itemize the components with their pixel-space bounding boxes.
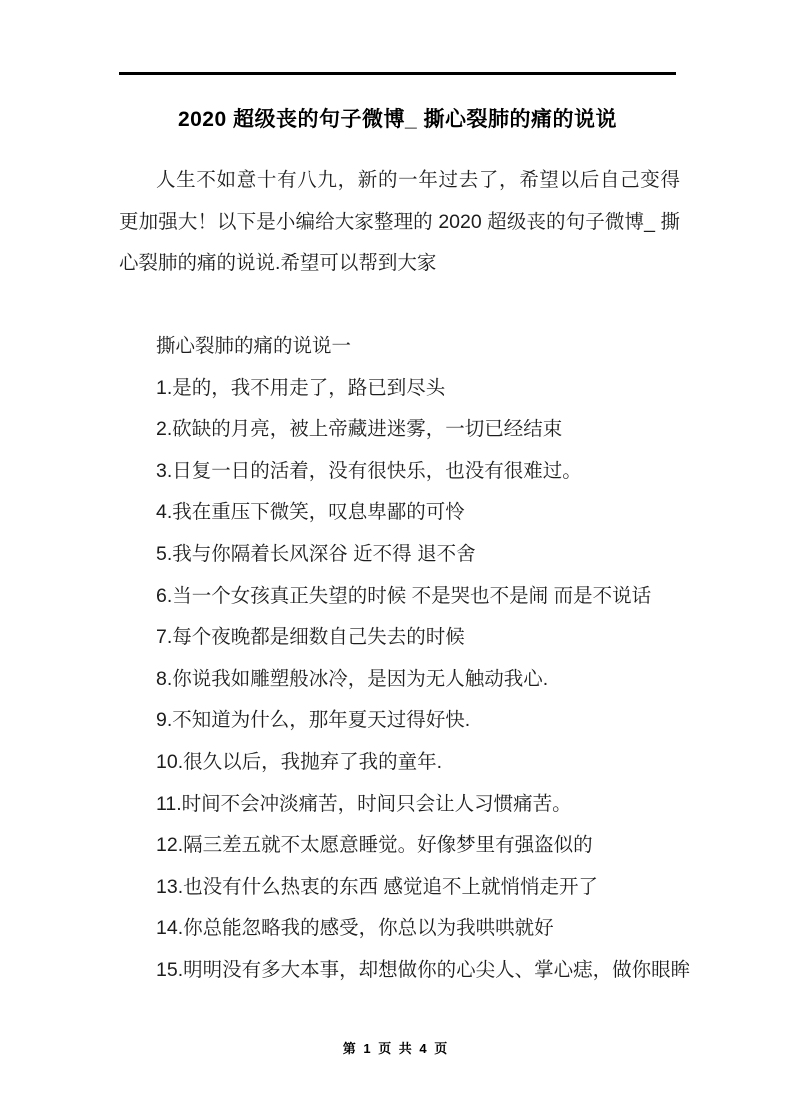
quote-items: 1.是的，我不用走了，路已到尽头2.砍缺的月亮，被上帝藏进迷雾，一切已经结束3.…: [119, 368, 680, 992]
quote-list: 撕心裂肺的痛的说说一 1.是的，我不用走了，路已到尽头2.砍缺的月亮，被上帝藏进…: [119, 326, 680, 992]
list-item: 8.你说我如雕塑般冰冷，是因为无人触动我心.: [119, 659, 680, 701]
list-item: 14.你总能忽略我的感受，你总以为我哄哄就好: [119, 908, 680, 950]
header-rule: [119, 72, 676, 75]
list-item: 11.时间不会冲淡痛苦，时间只会让人习惯痛苦。: [119, 784, 680, 826]
list-item: 13.也没有什么热衷的东西 感觉追不上就悄悄走开了: [119, 867, 680, 909]
list-item: 6.当一个女孩真正失望的时候 不是哭也不是闹 而是不说话: [119, 576, 680, 618]
list-item: 2.砍缺的月亮，被上帝藏进迷雾，一切已经结束: [119, 409, 680, 451]
list-item: 15.明明没有多大本事，却想做你的心尖人、掌心痣，做你眼眸: [119, 950, 680, 992]
page-title: 2020 超级丧的句子微博_ 撕心裂肺的痛的说说: [99, 106, 696, 134]
page-footer: 第 1 页 共 4 页: [0, 1040, 792, 1057]
list-item: 10.很久以后，我抛弃了我的童年.: [119, 742, 680, 784]
document-page: 2020 超级丧的句子微博_ 撕心裂肺的痛的说说 人生不如意十有八九，新的一年过…: [0, 0, 792, 1120]
list-item: 9.不知道为什么，那年夏天过得好快.: [119, 700, 680, 742]
list-item: 1.是的，我不用走了，路已到尽头: [119, 368, 680, 410]
list-item: 12.隔三差五就不太愿意睡觉。好像梦里有强盗似的: [119, 825, 680, 867]
section-heading: 撕心裂肺的痛的说说一: [119, 326, 680, 368]
list-item: 3.日复一日的活着，没有很快乐，也没有很难过。: [119, 451, 680, 493]
intro-paragraph: 人生不如意十有八九，新的一年过去了，希望以后自己变得更加强大！以下是小编给大家整…: [119, 160, 680, 285]
list-item: 4.我在重压下微笑，叹息卑鄙的可怜: [119, 492, 680, 534]
list-item: 7.每个夜晚都是细数自己失去的时候: [119, 617, 680, 659]
list-item: 5.我与你隔着长风深谷 近不得 退不舍: [119, 534, 680, 576]
